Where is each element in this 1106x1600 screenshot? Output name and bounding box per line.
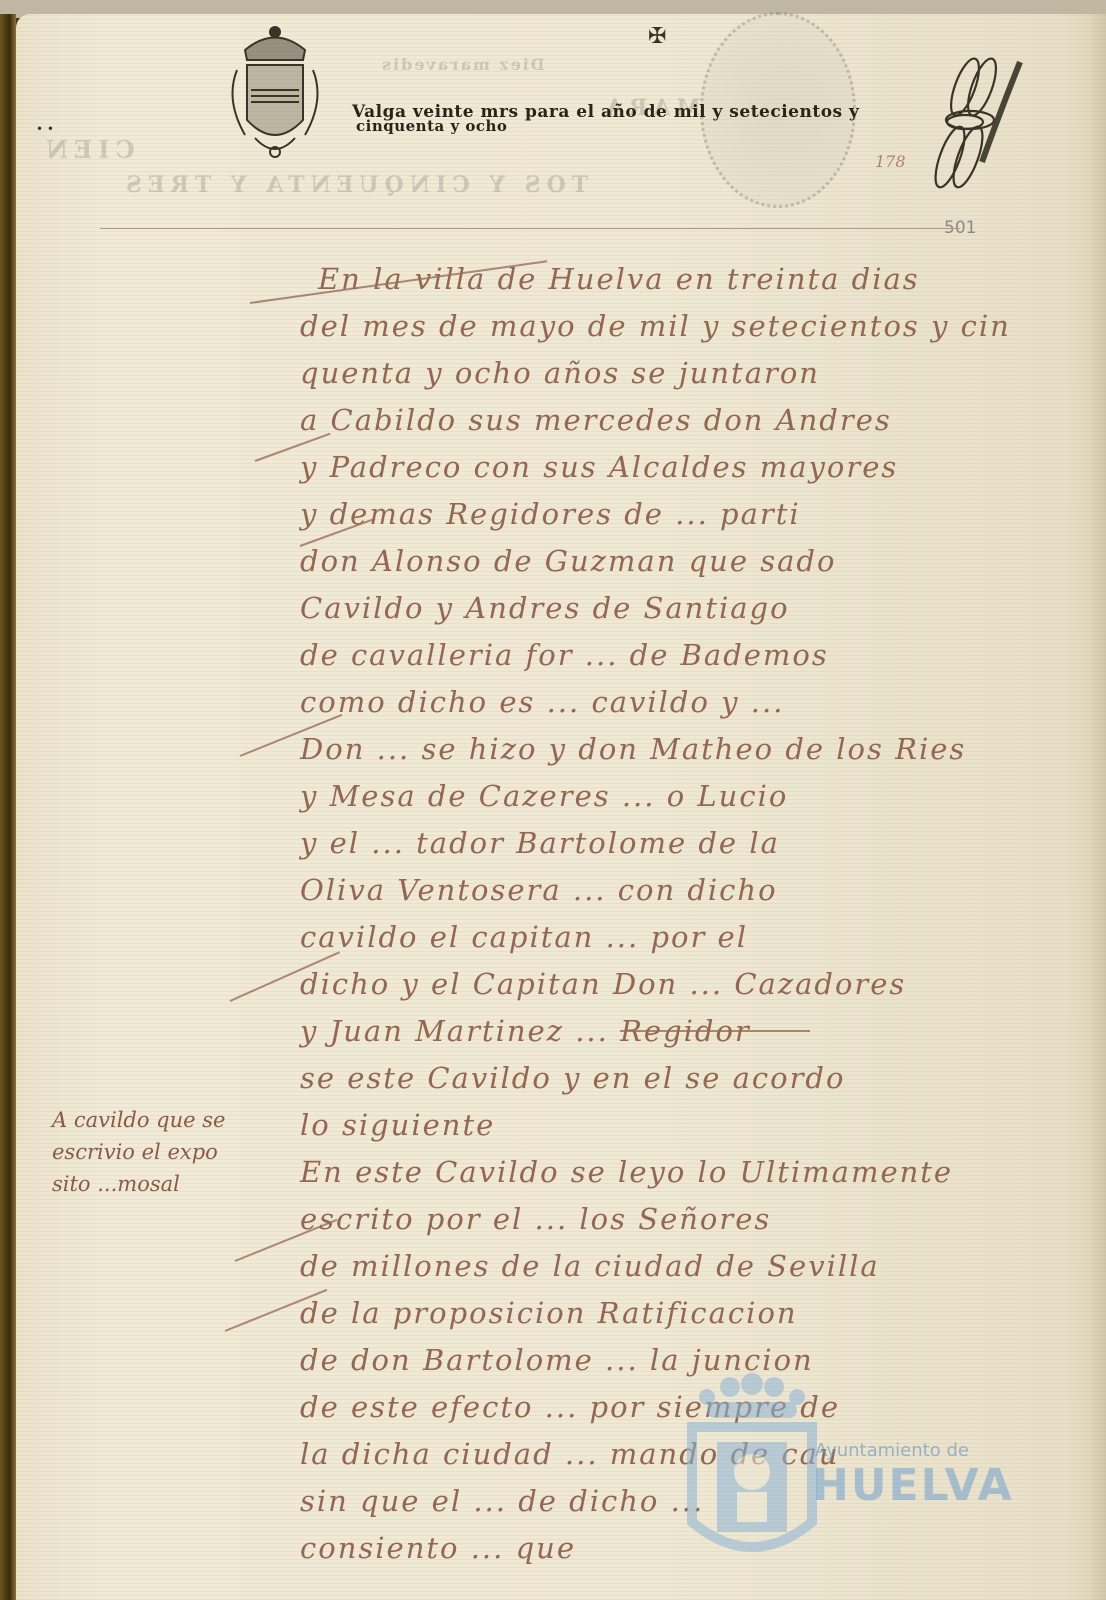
watermark-text-line1: Ayuntamiento de (815, 1440, 969, 1461)
old-folio-number: 178 (875, 152, 906, 171)
manuscript-line: don Alonso de Guzman que sado (300, 544, 836, 578)
watermark-text-line2: HUELVA (812, 1460, 1014, 1511)
manuscript-line: En este Cavildo se leyo lo Ultimamente (300, 1155, 953, 1189)
margin-note: A cavildo que se escrivio el expo sito .… (52, 1104, 225, 1200)
ink-rule (620, 1030, 810, 1032)
manuscript-line: quenta y ocho años se juntaron (300, 356, 820, 390)
notary-rubric-icon (920, 52, 1030, 202)
bleed-through-text: Diez maravedis (380, 55, 545, 74)
manuscript-line: sin que el ... de dicho ... (300, 1484, 704, 1518)
stamped-paper-text-line-2: cinquenta y ocho (356, 117, 507, 135)
manuscript-line: y Mesa de Cazeres ... o Lucio (300, 779, 788, 813)
margin-note-line: A cavildo que se (52, 1104, 225, 1136)
manuscript-line: de millones de la ciudad de Sevilla (300, 1249, 880, 1283)
royal-coat-of-arms-icon (215, 20, 335, 170)
manuscript-line: cavildo el capitan ... por el (300, 920, 748, 954)
manuscript-line: consiento ... que (300, 1531, 576, 1565)
manuscript-line: del mes de mayo de mil y setecientos y c… (300, 309, 1011, 343)
manuscript-line: escrito por el ... los Señores (300, 1202, 771, 1236)
ink-dots: • • (36, 122, 54, 136)
manuscript-line: como dicho es ... cavildo y ... (300, 685, 784, 719)
page-edge-shadow (1088, 14, 1106, 1600)
huelva-coat-of-arms-watermark-icon (682, 1372, 822, 1572)
manuscript-line: de cavalleria for ... de Bademos (300, 638, 829, 672)
bleed-through-text: TOS Y CINQUENTA Y TRES (120, 172, 588, 198)
manuscript-line: a Cabildo sus mercedes don Andres (300, 403, 892, 437)
margin-note-line: escrivio el expo (52, 1136, 225, 1168)
manuscript-line: Oliva Ventosera ... con dicho (300, 873, 778, 907)
manuscript-line: y el ... tador Bartolome de la (300, 826, 780, 860)
manuscript-line: Cavildo y Andres de Santiago (300, 591, 790, 625)
bleed-through-text: CIEN (40, 135, 135, 164)
manuscript-line: y demas Regidores de ... parti (300, 497, 801, 531)
manuscript-line: de la proposicion Ratificacion (300, 1296, 798, 1330)
margin-note-line: sito ...mosal (52, 1168, 225, 1200)
manuscript-line: Don ... se hizo y don Matheo de los Ries (300, 732, 966, 766)
book-binding-edge (0, 14, 16, 1600)
manuscript-line: dicho y el Capitan Don ... Cazadores (300, 967, 906, 1001)
manuscript-line: lo siguiente (300, 1108, 495, 1142)
ruled-line (100, 228, 960, 229)
manuscript-line: y Padreco con sus Alcaldes mayores (300, 450, 898, 484)
manuscript-line: se este Cavildo y en el se acordo (300, 1061, 845, 1095)
cross-icon: ✠ (648, 24, 666, 49)
